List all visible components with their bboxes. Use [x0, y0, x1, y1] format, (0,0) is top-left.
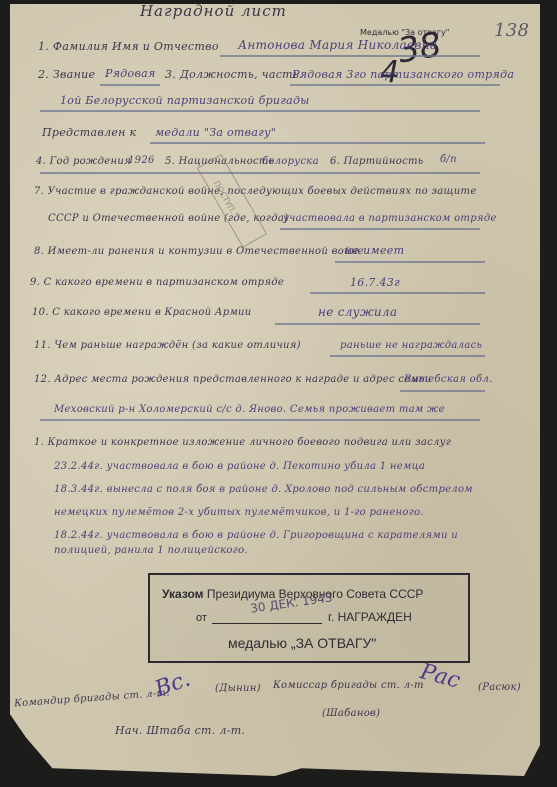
chief-of-staff-label: Нач. Штаба ст. л-т.: [115, 724, 245, 737]
stamp-medal: медалью „ЗА ОТВАГУ": [228, 635, 376, 651]
document-title: Наградной лист: [140, 2, 287, 20]
presented-value: медали "За отвагу": [155, 126, 276, 139]
field-1-value: Антонова Мария Николаевна: [238, 38, 437, 52]
field-1-label: 1. Фамилия Имя и Отчество: [38, 40, 219, 53]
underline: [400, 390, 485, 392]
underline: [310, 292, 485, 294]
summary-line: немецких пулемётов 2-х убитых пулемётчик…: [54, 507, 424, 518]
underline: [275, 323, 480, 325]
field-3-value: Рядовая 3го партизанского отряда: [292, 68, 514, 81]
field-11-label: 11. Чем раньше награждён (за какие отлич…: [34, 340, 301, 351]
underline: [40, 172, 480, 174]
field-7-value: участвовала в партизанском отряде: [283, 213, 497, 224]
field-11-value: раньше не награждалась: [340, 340, 482, 351]
stamp-awarded: г. НАГРАЖДЕН: [328, 610, 412, 624]
summary-label: 1. Краткое и конкретное изложение личног…: [34, 437, 451, 448]
summary-line: 23.2.44г. участвовала в бою в районе д. …: [54, 461, 425, 472]
underline: [335, 261, 485, 263]
field-9-label: 9. С какого времени в партизанском отряд…: [30, 277, 284, 288]
field-12-label: 12. Адрес места рождения представленного…: [34, 374, 432, 385]
summary-line: 18.3.44г. вынесла с поля боя в районе д.…: [54, 484, 473, 495]
field-4-value: 1926: [128, 155, 155, 166]
field-8-label: 8. Имеет-ли ранения и контузии в Отечест…: [34, 246, 364, 257]
chief-of-staff-name: (Шабанов): [322, 708, 380, 719]
award-decree-stamp: Указом Президиума Верховного Совета СССР…: [148, 573, 470, 663]
underline: [220, 55, 480, 57]
presented-label: Представлен к: [42, 126, 136, 139]
field-6-value: б/п: [440, 154, 457, 165]
field-3-value-cont: 1ой Белорусской партизанской бригады: [60, 94, 310, 107]
field-10-label: 10. С какого времени в Красной Армии: [32, 307, 252, 318]
field-9-value: 16.7.43г: [350, 276, 400, 289]
field-12-value-cont: Меховский р-н Холомерский с/с д. Яново. …: [54, 404, 445, 415]
stamp-date-line: [212, 623, 322, 624]
summary-line: полицией, ранила 1 полицейского.: [54, 545, 248, 556]
page-number: 138: [494, 20, 529, 41]
field-10-value: не служила: [318, 305, 397, 319]
commander-name: (Дынин): [215, 683, 261, 694]
commissar-name: (Расюк): [478, 682, 521, 693]
field-3-label: 3. Должность, часть.: [165, 68, 303, 81]
commissar-label: Комиссар бригады ст. л-т: [273, 680, 424, 691]
underline: [150, 142, 485, 144]
field-7-label: 7. Участие в гражданской войне, последую…: [34, 186, 477, 197]
field-2-value: Рядовая: [105, 67, 156, 80]
field-5-value: белоруска: [262, 156, 319, 167]
summary-line: 18.2.44г. участвовала в бою в районе д. …: [54, 530, 458, 541]
underline: [40, 110, 480, 112]
stamp-from: от: [196, 612, 207, 624]
stamp-decree-word: Указом: [162, 587, 204, 601]
field-8-value: не имеет: [345, 244, 404, 257]
underline: [280, 228, 480, 230]
underline: [40, 419, 480, 421]
underline: [100, 84, 160, 86]
field-4-label: 4. Год рождения: [36, 156, 131, 167]
underline: [290, 84, 500, 86]
field-2-label: 2. Звание: [38, 68, 95, 81]
field-12-value: Витебская обл.: [404, 374, 493, 385]
field-6-label: 6. Партийность: [330, 156, 424, 167]
underline: [330, 355, 485, 357]
